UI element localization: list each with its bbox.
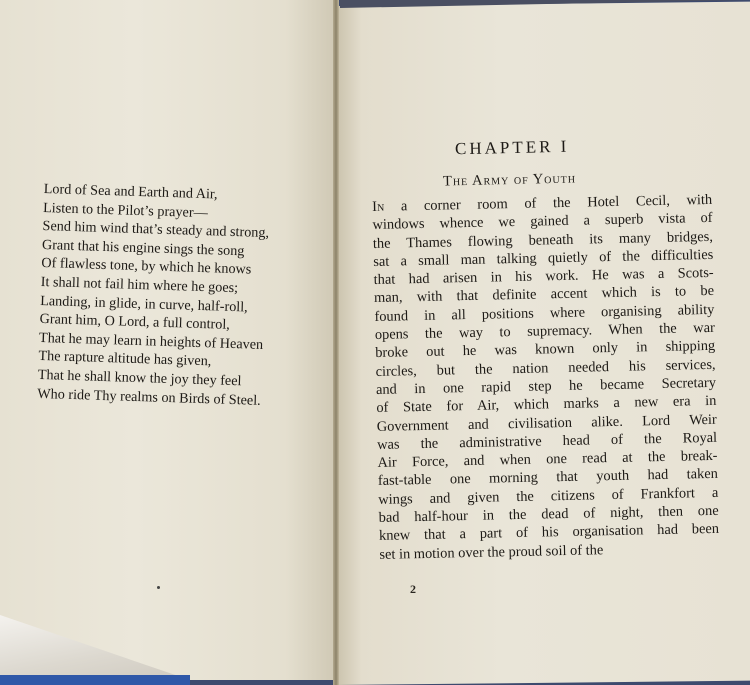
chapter-title: The Army of Youth <box>443 170 576 190</box>
blue-cloth-background <box>0 675 190 685</box>
pilot-prayer-poem: Lord of Sea and Earth and Air, Listen to… <box>37 180 304 411</box>
open-book: Lord of Sea and Earth and Air, Listen to… <box>0 0 750 685</box>
ink-speck <box>157 586 160 589</box>
left-page: Lord of Sea and Earth and Air, Listen to… <box>0 0 337 680</box>
chapter-heading: CHAPTER I <box>455 137 570 160</box>
book-gutter <box>333 0 339 685</box>
lead-word: In <box>372 199 384 215</box>
page-number: 2 <box>410 582 416 597</box>
chapter-body: In a corner room of the Hotel Cecil, wit… <box>372 191 720 564</box>
